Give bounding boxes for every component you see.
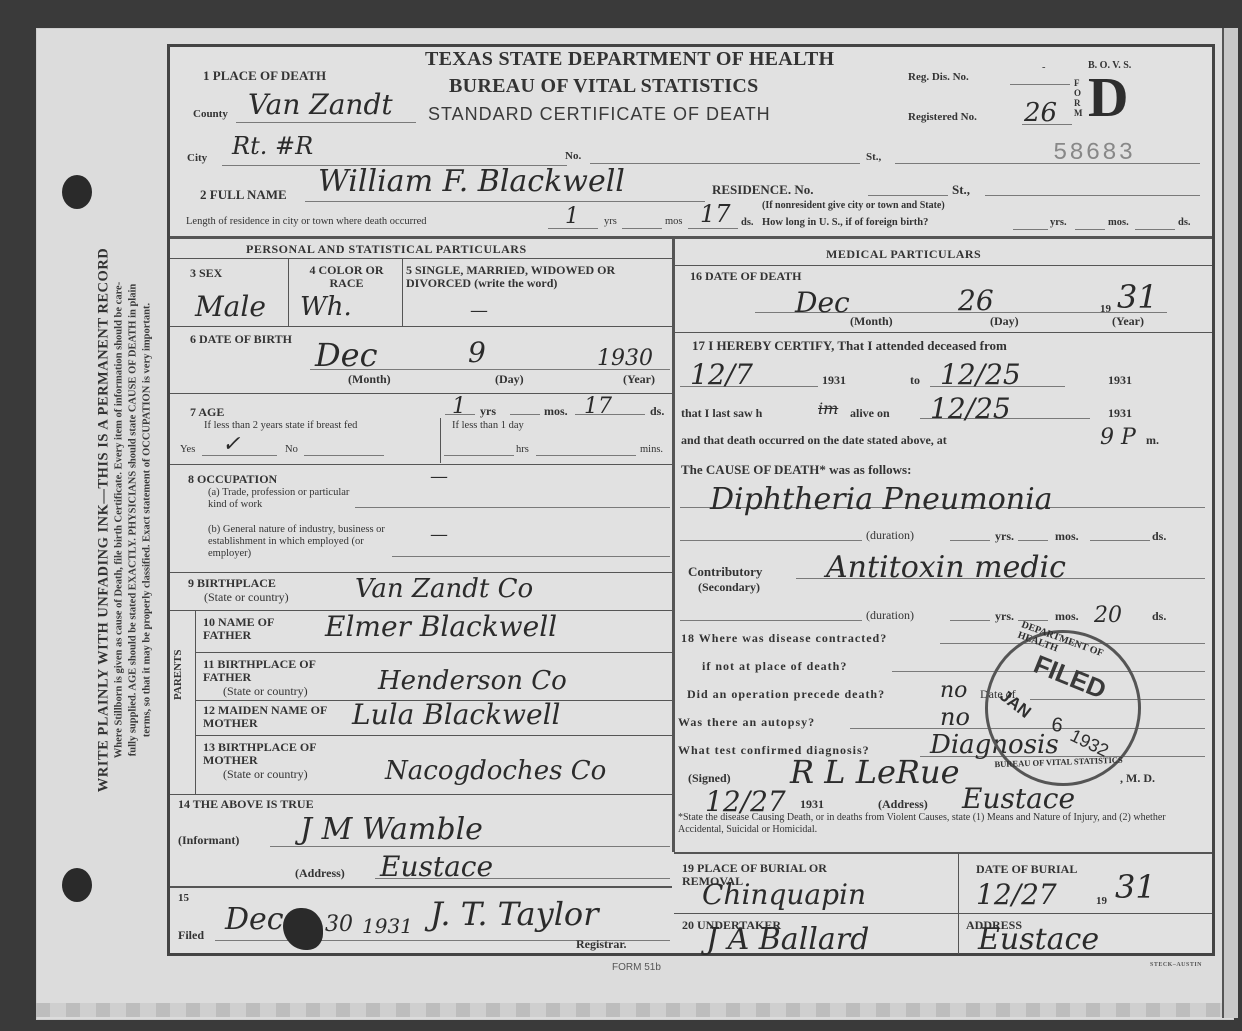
mother-birthplace-value[interactable]: Nacogdoches Co [385, 756, 606, 786]
registrar-signature[interactable]: J. T. Taylor [430, 895, 598, 933]
mother-name-value[interactable]: Lula Blackwell [352, 698, 561, 731]
reg-dis-value[interactable]: - [1042, 62, 1046, 73]
occupation-label: 8 OCCUPATION [188, 472, 277, 487]
length-ds-value[interactable]: 17 [700, 200, 731, 228]
foreign-mos-label: mos. [1108, 217, 1129, 228]
hrs-label: hrs [516, 444, 529, 455]
to-label: to [910, 373, 920, 388]
death-time-suffix: m. [1146, 433, 1159, 448]
dod-day-caption: (Day) [990, 314, 1019, 329]
burial-place-value[interactable]: Chinquapin [702, 878, 866, 911]
county-value[interactable]: Van Zandt [248, 88, 393, 121]
breastfed-note: If less than 2 years state if breast fed [204, 420, 357, 431]
father-birthplace-value[interactable]: Henderson Co [378, 666, 567, 696]
not-at-place-label: if not at place of death? [702, 659, 847, 674]
form-letter: D [1088, 66, 1128, 130]
header-bureau: BUREAU OF VITAL STATISTICS [449, 75, 759, 98]
foreign-birth-label: How long in U. S., if of foreign birth? [762, 217, 928, 228]
death-time-text: and that death occurred on the date stat… [681, 433, 947, 448]
physician-address-value[interactable]: Eustace [962, 782, 1075, 815]
less-than-day-note: If less than 1 day [452, 420, 524, 431]
mother-name-label: 12 MAIDEN NAME OF MOTHER [203, 704, 353, 730]
filed-number: 15 [178, 892, 189, 904]
dob-year-caption: (Year) [623, 372, 655, 387]
city-label: City [187, 152, 207, 164]
dod-year-caption: (Year) [1112, 314, 1144, 329]
registered-no-value[interactable]: 26 [1024, 98, 1057, 128]
burial-year-prefix: 19 [1096, 895, 1107, 907]
registered-no-label: Registered No. [908, 111, 977, 123]
operation-label: Did an operation precede death? [687, 687, 885, 702]
duration-ds-label-2: ds. [1152, 609, 1166, 624]
form-number: FORM 51b [612, 962, 661, 973]
dod-month-value[interactable]: Dec [795, 286, 850, 319]
informant-label: (Informant) [178, 833, 239, 848]
informant-heading: 14 THE ABOVE IS TRUE [178, 797, 314, 812]
duration-yrs-label-2: yrs. [995, 609, 1014, 624]
breastfed-no-label: No [285, 444, 298, 455]
mother-birthplace-label: 13 BIRTHPLACE OF MOTHER [203, 741, 353, 767]
signed-label: (Signed) [688, 771, 731, 786]
foreign-yrs-label: yrs. [1050, 217, 1067, 228]
breastfed-yes-label: Yes [180, 444, 195, 455]
burial-date-value[interactable]: 12/27 [976, 878, 1057, 911]
cause-of-death-label: The CAUSE OF DEATH* was as follows: [681, 462, 911, 478]
county-label: County [193, 108, 228, 120]
stamp-bottom-arc: BUREAU OF VITAL STATISTICS [994, 755, 1123, 769]
dod-month-caption: (Month) [850, 314, 893, 329]
filed-year-value[interactable]: 1931 [362, 914, 413, 938]
sex-value[interactable]: Male [195, 290, 266, 323]
parents-label: PARENTS [172, 649, 184, 700]
full-name-label: 2 FULL NAME [200, 187, 287, 203]
father-birthplace-sub: (State or country) [223, 684, 308, 699]
nonresident-note: (If nonresident give city or town and St… [762, 200, 945, 211]
length-yrs-label: yrs [604, 216, 617, 227]
cause-of-death-value[interactable]: Diphtheria Pneumonia [710, 482, 1053, 517]
duration-label-2: (duration) [866, 608, 914, 623]
birthplace-value[interactable]: Van Zandt Co [355, 574, 533, 604]
undertaker-value[interactable]: J A Ballard [706, 922, 869, 957]
length-mos-label: mos [665, 216, 683, 227]
medical-section-title: MEDICAL PARTICULARS [826, 247, 981, 262]
stamp-month: JAN [995, 686, 1034, 723]
city-value[interactable]: Rt. #R [232, 132, 313, 160]
duration-label-1: (duration) [866, 528, 914, 543]
burial-year-value[interactable]: 31 [1115, 868, 1156, 906]
stamp-day: 6 [1050, 714, 1064, 738]
birthplace-label: 9 BIRTHPLACE [188, 576, 276, 591]
paper-stack-edge [36, 1003, 1234, 1017]
birthplace-sub-label: (State or country) [204, 590, 289, 605]
color-race-value[interactable]: Wh. [300, 292, 352, 322]
printer-mark: STECK–AUSTIN [1150, 962, 1202, 968]
certify-text: 17 I HEREBY CERTIFY, That I attended dec… [692, 338, 1007, 354]
mins-label: mins. [640, 444, 663, 455]
header-certificate-title: STANDARD CERTIFICATE OF DEATH [428, 104, 771, 125]
last-saw-pronoun[interactable]: im [818, 399, 838, 418]
filed-label: Filed [178, 928, 204, 943]
occupation-a-label: (a) Trade, profession or particular kind… [208, 487, 368, 511]
dob-month-value[interactable]: Dec [315, 336, 378, 374]
cause-footnote: *State the disease Causing Death, or in … [678, 812, 1198, 835]
signed-year-value: 1931 [800, 797, 824, 812]
age-label: 7 AGE [190, 405, 224, 420]
informant-address-label: (Address) [295, 866, 345, 881]
contributory-value[interactable]: Antitoxin medic [826, 550, 1066, 585]
contributory-label: Contributory [688, 564, 762, 580]
dob-label: 6 DATE OF BIRTH [190, 332, 292, 347]
dod-year-prefix: 19 [1100, 303, 1111, 315]
secondary-label: (Secondary) [698, 580, 760, 595]
sidebar-instructions: WRITE PLAINLY WITH UNFADING INK—THIS IS … [75, 60, 175, 980]
marital-status-label: 5 SINGLE, MARRIED, WIDOWED OR DIVORCED (… [406, 264, 671, 290]
informant-address-value[interactable]: Eustace [380, 850, 493, 883]
sex-label: 3 SEX [190, 266, 222, 281]
age-ds-label: ds. [650, 404, 664, 419]
disease-contracted-label: 18 Where was disease contracted? [681, 631, 887, 646]
marital-status-value[interactable]: — [470, 300, 488, 321]
sidebar-instruction-3: terms, so that it may be properly classi… [141, 248, 155, 792]
attended-from-year: 1931 [822, 373, 846, 388]
autopsy-value[interactable]: no [940, 703, 970, 731]
burial-date-label: DATE OF BURIAL [976, 862, 1077, 877]
operation-value[interactable]: no [940, 678, 967, 703]
filed-day-value[interactable]: 30 [325, 912, 353, 937]
reg-dis-label: Reg. Dis. No. [908, 71, 969, 83]
physician-address-label: (Address) [878, 797, 928, 812]
age-yrs-value[interactable]: 1 [452, 394, 466, 419]
dob-day-caption: (Day) [495, 372, 524, 387]
duration-mos-label-1: mos. [1055, 529, 1079, 544]
autopsy-label: Was there an autopsy? [678, 715, 815, 730]
informant-value[interactable]: J M Wamble [300, 812, 483, 847]
age-mos-label: mos. [544, 404, 568, 419]
physician-signature[interactable]: R L LeRue [790, 753, 960, 791]
color-race-label: 4 COLOR OR RACE [294, 264, 399, 290]
no-label: No. [565, 150, 581, 162]
registrar-label: Registrar. [576, 937, 627, 952]
dod-label: 16 DATE OF DEATH [690, 269, 801, 284]
sidebar-instruction-1: Where Stillborn is given as cause of Dea… [113, 248, 127, 792]
attended-from-value[interactable]: 12/7 [690, 358, 753, 391]
occupation-a-value[interactable]: — [430, 466, 448, 487]
form-vertical-label: FORM [1074, 78, 1082, 118]
last-saw-year: 1931 [1108, 406, 1132, 421]
dob-month-caption: (Month) [348, 372, 391, 387]
sidebar-instruction-2: fully supplied. AGE should be stated EXA… [127, 248, 141, 792]
foreign-ds-label: ds. [1178, 217, 1191, 228]
age-yrs-label: yrs [480, 404, 496, 419]
last-saw-date[interactable]: 12/25 [930, 392, 1011, 425]
md-label: , M. D. [1120, 771, 1155, 786]
dob-year-value[interactable]: 1930 [597, 346, 653, 371]
alive-on-label: alive on [850, 406, 890, 421]
contributory-duration-ds[interactable]: 20 [1094, 603, 1122, 628]
duration-mos-label-2: mos. [1055, 609, 1079, 624]
personal-section-title: PERSONAL AND STATISTICAL PARTICULARS [246, 242, 527, 257]
attended-to-value[interactable]: 12/25 [940, 358, 1021, 391]
father-birthplace-label: 11 BIRTHPLACE OF FATHER [203, 658, 363, 684]
header-department: TEXAS STATE DEPARTMENT OF HEALTH [425, 48, 834, 71]
dod-day-value[interactable]: 26 [958, 284, 994, 317]
last-saw-label: that I last saw h [681, 406, 762, 421]
occupation-b-label: (b) General nature of industry, business… [208, 524, 398, 560]
residence-st-label: St., [952, 182, 970, 198]
mother-birthplace-sub: (State or country) [223, 767, 308, 782]
attended-to-year: 1931 [1108, 373, 1132, 388]
occupation-b-value[interactable]: — [430, 524, 448, 545]
length-yrs-value[interactable]: 1 [565, 204, 579, 229]
duration-ds-label-1: ds. [1152, 529, 1166, 544]
breastfed-yes-check[interactable]: ✓ [222, 432, 240, 457]
undertaker-address-value[interactable]: Eustace [978, 922, 1099, 957]
father-name-label: 10 NAME OF FATHER [203, 616, 313, 642]
sidebar-main-text: WRITE PLAINLY WITH UNFADING INK—THIS IS … [96, 248, 113, 792]
residence-label: RESIDENCE. No. [712, 182, 814, 198]
right-paper-strip [1222, 28, 1238, 1018]
place-of-death-label: 1 PLACE OF DEATH [203, 68, 326, 84]
filed-month-value[interactable]: Dec [225, 902, 284, 937]
st-label: St., [866, 151, 881, 163]
dod-year-value[interactable]: 31 [1117, 278, 1158, 316]
age-ds-value[interactable]: 17 [584, 394, 612, 419]
length-residence-label: Length of residence in city or town wher… [186, 216, 427, 227]
father-name-value[interactable]: Elmer Blackwell [325, 610, 557, 643]
death-time-value[interactable]: 9 P [1100, 425, 1136, 450]
dob-day-value[interactable]: 9 [468, 336, 486, 369]
duration-yrs-label-1: yrs. [995, 529, 1014, 544]
full-name-value[interactable]: William F. Blackwell [318, 164, 625, 199]
length-ds-label: ds. [741, 217, 754, 228]
